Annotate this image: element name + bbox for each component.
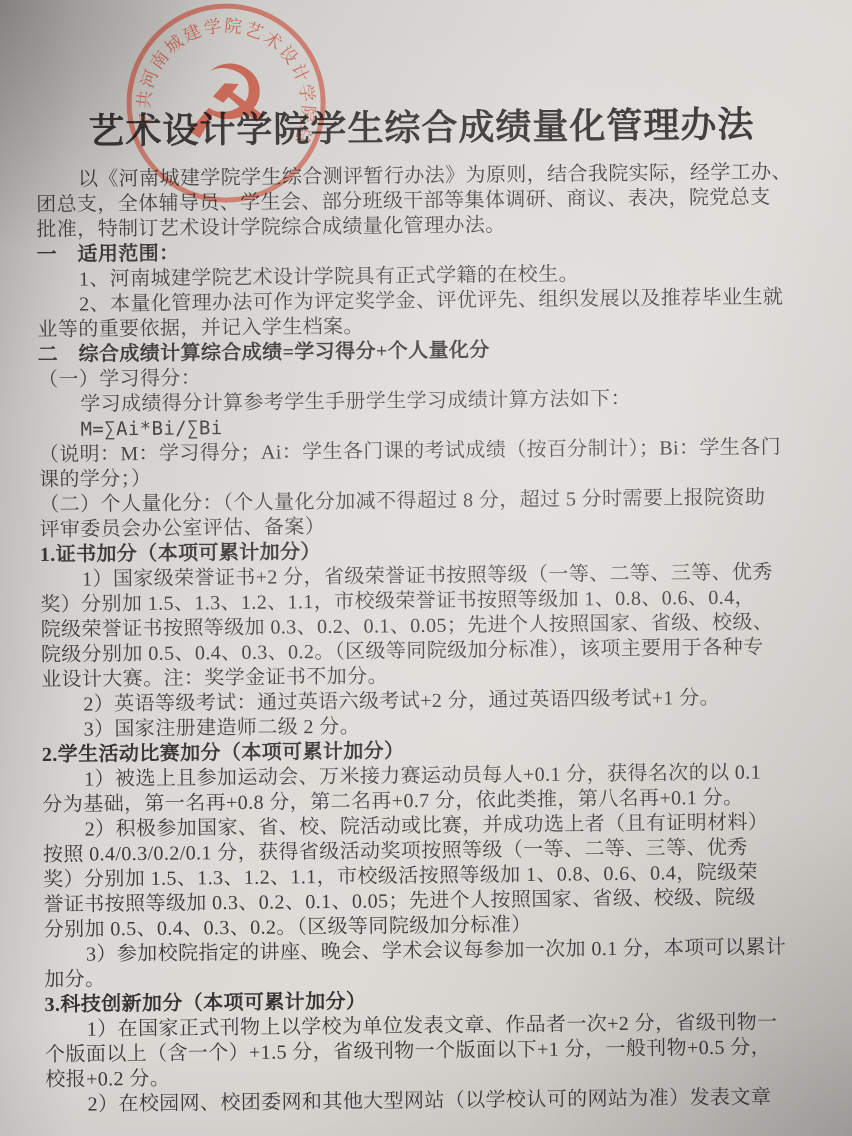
document-body: 以《河南城建学院学生综合测评暂行办法》为原则，结合我院实际，经学工办、团总支，全… xyxy=(0,160,852,1119)
document-page: 艺术设计学院学生综合成绩量化管理办法 以《河南城建学院学生综合测评暂行办法》为原… xyxy=(0,0,852,1136)
document-photo: 艺术设计学院学生综合成绩量化管理办法 以《河南城建学院学生综合测评暂行办法》为原… xyxy=(0,0,852,1136)
document-title: 艺术设计学院学生综合成绩量化管理办法 xyxy=(0,96,848,156)
